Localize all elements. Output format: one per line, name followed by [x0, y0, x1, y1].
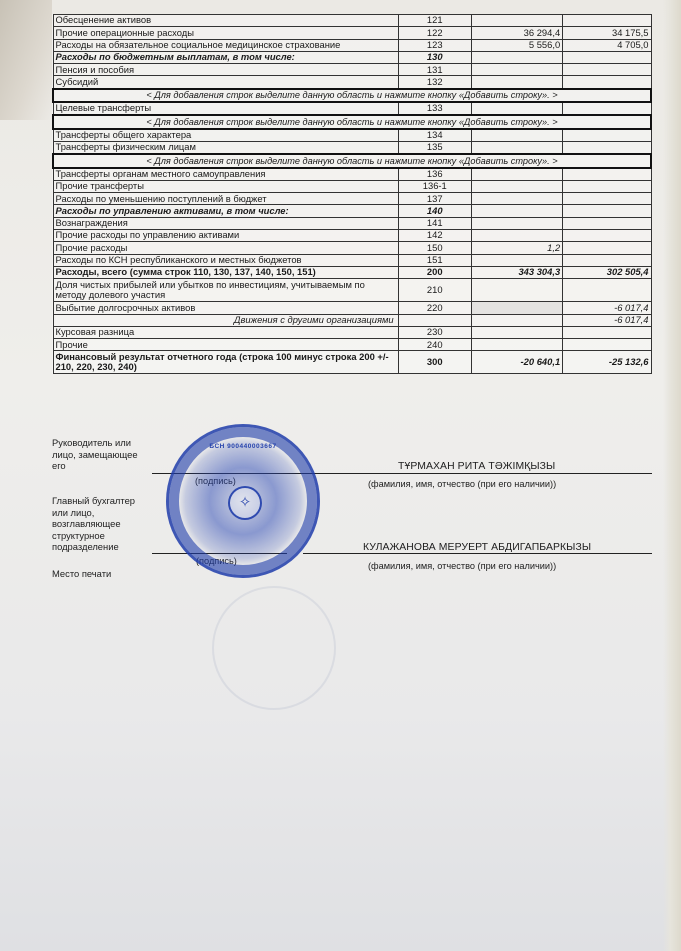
table-row: Трансферты органам местного самоуправлен…: [53, 168, 651, 181]
table-row: Субсидий132: [53, 76, 651, 89]
current-period-value: 343 304,3: [471, 266, 562, 278]
row-name: Расходы на обязательное социальное медиц…: [53, 39, 398, 51]
head-label: Руководитель или лицо, замещающее его: [52, 437, 152, 472]
add-row-hint-text[interactable]: < Для добавления строк выделите данную о…: [53, 115, 651, 128]
row-code: [398, 314, 471, 326]
add-row-hint: < Для добавления строк выделите данную о…: [53, 154, 651, 167]
current-period-value: [471, 64, 562, 76]
add-row-hint-text[interactable]: < Для добавления строк выделите данную о…: [53, 89, 651, 102]
add-row-hint: < Для добавления строк выделите данную о…: [53, 115, 651, 128]
seal-place-label: Место печати: [52, 568, 111, 580]
row-code: 136-1: [398, 180, 471, 192]
table-row: Вознаграждения141: [53, 217, 651, 229]
current-period-value: 5 556,0: [471, 39, 562, 51]
previous-period-value: -25 132,6: [563, 351, 651, 374]
table-row: Расходы, всего (сумма строк 110, 130, 13…: [53, 266, 651, 278]
page-fold-shadow: [0, 0, 52, 120]
table-row: Трансферты физическим лицам135: [53, 141, 651, 154]
row-code: 210: [398, 279, 471, 302]
row-code: 137: [398, 193, 471, 205]
current-period-value: 36 294,4: [471, 27, 562, 39]
row-name: Прочие операционные расходы: [53, 27, 398, 39]
row-code: 135: [398, 141, 471, 154]
current-period-value: [471, 141, 562, 154]
current-period-value: [471, 193, 562, 205]
previous-period-value: [563, 64, 651, 76]
table-row: Пенсия и пособия131: [53, 64, 651, 76]
current-period-value: [471, 302, 562, 314]
row-name: Финансовый результат отчетного года (стр…: [53, 351, 398, 374]
row-code: 300: [398, 351, 471, 374]
current-period-value: [471, 168, 562, 181]
previous-period-value: [563, 51, 651, 63]
table-row: Расходы по управлению активами, в том чи…: [53, 205, 651, 217]
row-name: Доля чистых прибылей или убытков по инве…: [53, 279, 398, 302]
row-name: Трансферты органам местного самоуправлен…: [53, 168, 398, 181]
row-name: Целевые трансферты: [53, 102, 398, 115]
row-name: Расходы по бюджетным выплатам, в том чис…: [53, 51, 398, 63]
row-code: 130: [398, 51, 471, 63]
previous-period-value: [563, 76, 651, 89]
row-name: Прочие расходы: [53, 242, 398, 254]
accountant-label: Главный бухгалтер или лицо, возглавляюще…: [52, 495, 147, 553]
head-name-caption: (фамилия, имя, отчество (при его наличии…: [368, 479, 556, 489]
row-name: Движения с другими организациями: [53, 314, 398, 326]
table-row: Прочие операционные расходы12236 294,434…: [53, 27, 651, 39]
previous-period-value: [563, 326, 651, 338]
row-name: Трансферты физическим лицам: [53, 141, 398, 154]
row-code: 132: [398, 76, 471, 89]
stamp-bin-text: БСН 900440003667: [169, 443, 317, 450]
previous-period-value: [563, 230, 651, 242]
row-code: 150: [398, 242, 471, 254]
row-code: 151: [398, 254, 471, 266]
row-code: 142: [398, 230, 471, 242]
official-stamp: БСН 900440003667: [166, 424, 320, 578]
current-period-value: [471, 326, 562, 338]
table-row: Движения с другими организациями-6 017,4: [53, 314, 651, 326]
table-row: Расходы на обязательное социальное медиц…: [53, 39, 651, 51]
page-edge: [663, 0, 681, 951]
row-code: 220: [398, 302, 471, 314]
row-name: Трансферты общего характера: [53, 129, 398, 142]
row-code: 240: [398, 339, 471, 351]
current-period-value: [471, 279, 562, 302]
table-row: Трансферты общего характера134: [53, 129, 651, 142]
table-row: Расходы по КСН республиканского и местны…: [53, 254, 651, 266]
current-period-value: [471, 15, 562, 27]
row-code: 133: [398, 102, 471, 115]
current-period-value: [471, 314, 562, 326]
row-code: 123: [398, 39, 471, 51]
current-period-value: -20 640,1: [471, 351, 562, 374]
row-name: Расходы по управлению активами, в том чи…: [53, 205, 398, 217]
table-row: Финансовый результат отчетного года (стр…: [53, 351, 651, 374]
current-period-value: [471, 129, 562, 142]
row-name: Прочие трансферты: [53, 180, 398, 192]
row-code: 140: [398, 205, 471, 217]
row-name: Выбытие долгосрочных активов: [53, 302, 398, 314]
previous-period-value: 302 505,4: [563, 266, 651, 278]
accountant-name-caption: (фамилия, имя, отчество (при его наличии…: [368, 561, 556, 571]
row-name: Обесценение активов: [53, 15, 398, 27]
previous-period-value: [563, 339, 651, 351]
head-name: ТҰРМАХАН РИТА ТӘЖІМҚЫЗЫ: [398, 461, 555, 472]
row-name: Субсидий: [53, 76, 398, 89]
current-period-value: [471, 76, 562, 89]
accountant-name: КУЛАЖАНОВА МЕРУЕРТ АБДИГАПБАРКЫЗЫ: [363, 542, 591, 553]
previous-period-value: [563, 129, 651, 142]
previous-period-value: [563, 180, 651, 192]
row-code: 121: [398, 15, 471, 27]
current-period-value: [471, 339, 562, 351]
table-row: Прочие240: [53, 339, 651, 351]
table-row: Прочие трансферты136-1: [53, 180, 651, 192]
row-name: Пенсия и пособия: [53, 64, 398, 76]
previous-period-value: [563, 102, 651, 115]
table-row: Прочие расходы по управлению активами142: [53, 230, 651, 242]
previous-period-value: 4 705,0: [563, 39, 651, 51]
current-period-value: [471, 230, 562, 242]
row-code: 122: [398, 27, 471, 39]
row-code: 136: [398, 168, 471, 181]
emblem-icon: [228, 486, 262, 520]
previous-period-value: [563, 217, 651, 229]
table-row: Обесценение активов121: [53, 15, 651, 27]
table-row: Курсовая разница230: [53, 326, 651, 338]
previous-period-value: [563, 15, 651, 27]
table-row: Расходы по уменьшению поступлений в бюдж…: [53, 193, 651, 205]
row-name: Вознаграждения: [53, 217, 398, 229]
previous-period-value: -6 017,4: [563, 302, 651, 314]
current-period-value: [471, 217, 562, 229]
previous-period-value: [563, 242, 651, 254]
row-name: Расходы по уменьшению поступлений в бюдж…: [53, 193, 398, 205]
row-code: 200: [398, 266, 471, 278]
row-name: Расходы по КСН республиканского и местны…: [53, 254, 398, 266]
financial-results-table: Обесценение активов121Прочие операционны…: [52, 14, 652, 374]
current-period-value: [471, 102, 562, 115]
row-name: Прочие: [53, 339, 398, 351]
add-row-hint-text[interactable]: < Для добавления строк выделите данную о…: [53, 154, 651, 167]
current-period-value: [471, 205, 562, 217]
row-code: 131: [398, 64, 471, 76]
table-row: Доля чистых прибылей или убытков по инве…: [53, 279, 651, 302]
current-period-value: [471, 51, 562, 63]
row-name: Курсовая разница: [53, 326, 398, 338]
accountant-name-line: [303, 553, 652, 554]
previous-period-value: -6 017,4: [563, 314, 651, 326]
previous-period-value: [563, 279, 651, 302]
table-row: Расходы по бюджетным выплатам, в том чис…: [53, 51, 651, 63]
table-row: Целевые трансферты133: [53, 102, 651, 115]
previous-period-value: [563, 168, 651, 181]
current-period-value: 1,2: [471, 242, 562, 254]
previous-period-value: [563, 193, 651, 205]
previous-period-value: [563, 141, 651, 154]
table-row: Выбытие долгосрочных активов220-6 017,4: [53, 302, 651, 314]
current-period-value: [471, 180, 562, 192]
row-code: 230: [398, 326, 471, 338]
row-code: 141: [398, 217, 471, 229]
add-row-hint: < Для добавления строк выделите данную о…: [53, 89, 651, 102]
previous-period-value: 34 175,5: [563, 27, 651, 39]
faint-stamp-imprint: [212, 586, 336, 710]
row-name: Расходы, всего (сумма строк 110, 130, 13…: [53, 266, 398, 278]
current-period-value: [471, 254, 562, 266]
table-row: Прочие расходы1501,2: [53, 242, 651, 254]
previous-period-value: [563, 254, 651, 266]
row-code: 134: [398, 129, 471, 142]
previous-period-value: [563, 205, 651, 217]
row-name: Прочие расходы по управлению активами: [53, 230, 398, 242]
